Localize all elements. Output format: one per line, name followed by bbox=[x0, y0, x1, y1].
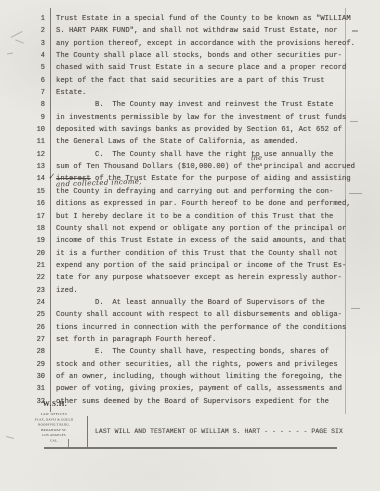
line-text: any portion thereof, except in accordanc… bbox=[56, 38, 355, 50]
line-number: 8 bbox=[0, 99, 45, 111]
line-number: 2 bbox=[0, 25, 45, 37]
line-number: 11 bbox=[0, 136, 45, 148]
document-line: 4The County shall place all stocks, bond… bbox=[0, 50, 380, 62]
line-number: 14 bbox=[0, 173, 45, 185]
line-number: 9 bbox=[0, 112, 45, 124]
line-text: the General Laws of the State of Califor… bbox=[56, 136, 299, 148]
line-text: in investments permissible by law for th… bbox=[56, 112, 346, 124]
line-number: 29 bbox=[0, 359, 45, 371]
line-number: 25 bbox=[0, 309, 45, 321]
footer-box-left-rule bbox=[87, 416, 88, 447]
document-line: 5chased with said Trust Estate in a secu… bbox=[0, 62, 380, 74]
line-text: power of voting, giving proxies, payment… bbox=[56, 383, 342, 395]
line-number: 23 bbox=[0, 285, 45, 297]
line-number: 6 bbox=[0, 75, 45, 87]
line-text: but I hereby declare it to be a conditio… bbox=[56, 211, 333, 223]
line-number: 30 bbox=[0, 371, 45, 383]
line-text: B. The County may invest and reinvest th… bbox=[56, 99, 333, 111]
handwritten-check-mark: ✓ bbox=[47, 172, 55, 183]
stamp-line: CAL. bbox=[28, 438, 80, 443]
line-number: 26 bbox=[0, 322, 45, 334]
document-line: 15the County in defraying and carrying o… bbox=[0, 186, 380, 198]
line-number: 27 bbox=[0, 334, 45, 346]
line-text: other sums deemed by the Board of Superv… bbox=[56, 396, 329, 408]
document-line: 1Trust Estate in a special fund of the C… bbox=[0, 13, 380, 25]
line-number: 20 bbox=[0, 248, 45, 260]
pencil-scribble bbox=[6, 436, 14, 439]
line-text: S. HART PARK FUND", and shall not withdr… bbox=[56, 25, 338, 37]
document-line: 31power of voting, giving proxies, payme… bbox=[0, 383, 380, 395]
line-number: 19 bbox=[0, 235, 45, 247]
line-text: tate for any purpose whatsoever except a… bbox=[56, 272, 342, 284]
line-text: income of this Trust Estate in excess of… bbox=[56, 235, 346, 247]
document-line: 10deposited with savings banks as provid… bbox=[0, 124, 380, 136]
document-line: 16ditions as expressed in par. Fourth he… bbox=[0, 198, 380, 210]
document-line: 2S. HART PARK FUND", and shall not withd… bbox=[0, 25, 380, 37]
line-text: Trust Estate in a special fund of the Co… bbox=[56, 13, 351, 25]
line-text: The County shall place all stocks, bonds… bbox=[56, 50, 342, 62]
line-number: 28 bbox=[0, 346, 45, 358]
document-line: 3any portion thereof, except in accordan… bbox=[0, 38, 380, 50]
line-number: 16 bbox=[0, 198, 45, 210]
footer-rule bbox=[44, 447, 337, 449]
document-line: 24 D. At least annually the Board of Sup… bbox=[0, 297, 380, 309]
line-number: 1 bbox=[0, 13, 45, 25]
document-line: 21expend any portion of the said princip… bbox=[0, 260, 380, 272]
line-text: C. The County shall have the right to us… bbox=[56, 149, 333, 161]
stamp-initials: W.S.H. bbox=[30, 400, 80, 408]
line-text: the County in defraying and carrying out… bbox=[56, 186, 333, 198]
document-line: 18County shall not expend or obligate an… bbox=[0, 223, 380, 235]
document-line: 22tate for any purpose whatsoever except… bbox=[0, 272, 380, 284]
line-number: 24 bbox=[0, 297, 45, 309]
document-line: 11the General Laws of the State of Calif… bbox=[0, 136, 380, 148]
document-line: 13sum of Ten Thousand Dollars ($10,000.0… bbox=[0, 161, 380, 173]
line-text: it is a further condition of this Trust … bbox=[56, 248, 338, 260]
document-line: 20it is a further condition of this Trus… bbox=[0, 248, 380, 260]
line-number: 3 bbox=[0, 38, 45, 50]
line-text: stock and other securities, all the righ… bbox=[56, 359, 338, 371]
line-text: ditions as expressed in par. Fourth here… bbox=[56, 198, 351, 210]
stamp-lines: LAW OFFICESFLAX, DAVIS & GOULDROOSEVELT … bbox=[28, 412, 80, 444]
document-line: 8 B. The County may invest and reinvest … bbox=[0, 99, 380, 111]
document-line: 29stock and other securities, all the ri… bbox=[0, 359, 380, 371]
line-number: 18 bbox=[0, 223, 45, 235]
handwritten-insertion: the bbox=[251, 154, 263, 162]
scanned-will-page: 1Trust Estate in a special fund of the C… bbox=[0, 0, 380, 491]
line-text: expend any portion of the said principal… bbox=[56, 260, 346, 272]
line-number: 10 bbox=[0, 124, 45, 136]
line-text: D. At least annually the Board of Superv… bbox=[56, 297, 325, 309]
line-number: 5 bbox=[0, 62, 45, 74]
insertion-caret: ∧ bbox=[259, 163, 263, 168]
line-text: chased with said Trust Estate in a secur… bbox=[56, 62, 346, 74]
line-text: County shall account with respect to all… bbox=[56, 309, 342, 321]
document-line: 28 E. The County shall have, respecting … bbox=[0, 346, 380, 358]
stamp-box-edge bbox=[68, 439, 69, 447]
document-line: 25County shall account with respect to a… bbox=[0, 309, 380, 321]
line-text: kept of the fact that said securities ar… bbox=[56, 75, 325, 87]
line-number: 31 bbox=[0, 383, 45, 395]
line-number: 15 bbox=[0, 186, 45, 198]
line-number: 13 bbox=[0, 161, 45, 173]
document-line: 9in investments permissible by law for t… bbox=[0, 112, 380, 124]
line-number: 4 bbox=[0, 50, 45, 62]
line-text: Estate. bbox=[56, 87, 86, 99]
document-lines: 1Trust Estate in a special fund of the C… bbox=[0, 13, 380, 408]
line-text: ized. bbox=[56, 285, 78, 297]
line-text: tions incurred in connection with the pe… bbox=[56, 322, 346, 334]
document-line: 27set forth in paragraph Fourth hereof. bbox=[0, 334, 380, 346]
document-line: 23ized. bbox=[0, 285, 380, 297]
line-number: 17 bbox=[0, 211, 45, 223]
line-text: County shall not expend or obligate any … bbox=[56, 223, 346, 235]
line-number: 22 bbox=[0, 272, 45, 284]
document-line: 17but I hereby declare it to be a condit… bbox=[0, 211, 380, 223]
document-line: 14interest of the Trust Estate for the p… bbox=[0, 173, 380, 185]
document-line: 12 C. The County shall have the right to… bbox=[0, 149, 380, 161]
line-text: of an owner, including, though without l… bbox=[56, 371, 342, 383]
page-footer-label: LAST WILL AND TESTAMENT OF WILLIAM S. HA… bbox=[95, 428, 343, 435]
line-text: deposited with savings banks as provided… bbox=[56, 124, 342, 136]
document-line: 7Estate. bbox=[0, 87, 380, 99]
line-number: 7 bbox=[0, 87, 45, 99]
line-number: 21 bbox=[0, 260, 45, 272]
line-number: 12 bbox=[0, 149, 45, 161]
line-text: set forth in paragraph Fourth hereof. bbox=[56, 334, 216, 346]
document-line: 26tions incurred in connection with the … bbox=[0, 322, 380, 334]
document-line: 19income of this Trust Estate in excess … bbox=[0, 235, 380, 247]
document-line: 30of an owner, including, though without… bbox=[0, 371, 380, 383]
line-text: sum of Ten Thousand Dollars ($10,000.00)… bbox=[56, 161, 355, 173]
line-text: E. The County shall have, respecting bon… bbox=[56, 346, 329, 358]
document-line: 6kept of the fact that said securities a… bbox=[0, 75, 380, 87]
